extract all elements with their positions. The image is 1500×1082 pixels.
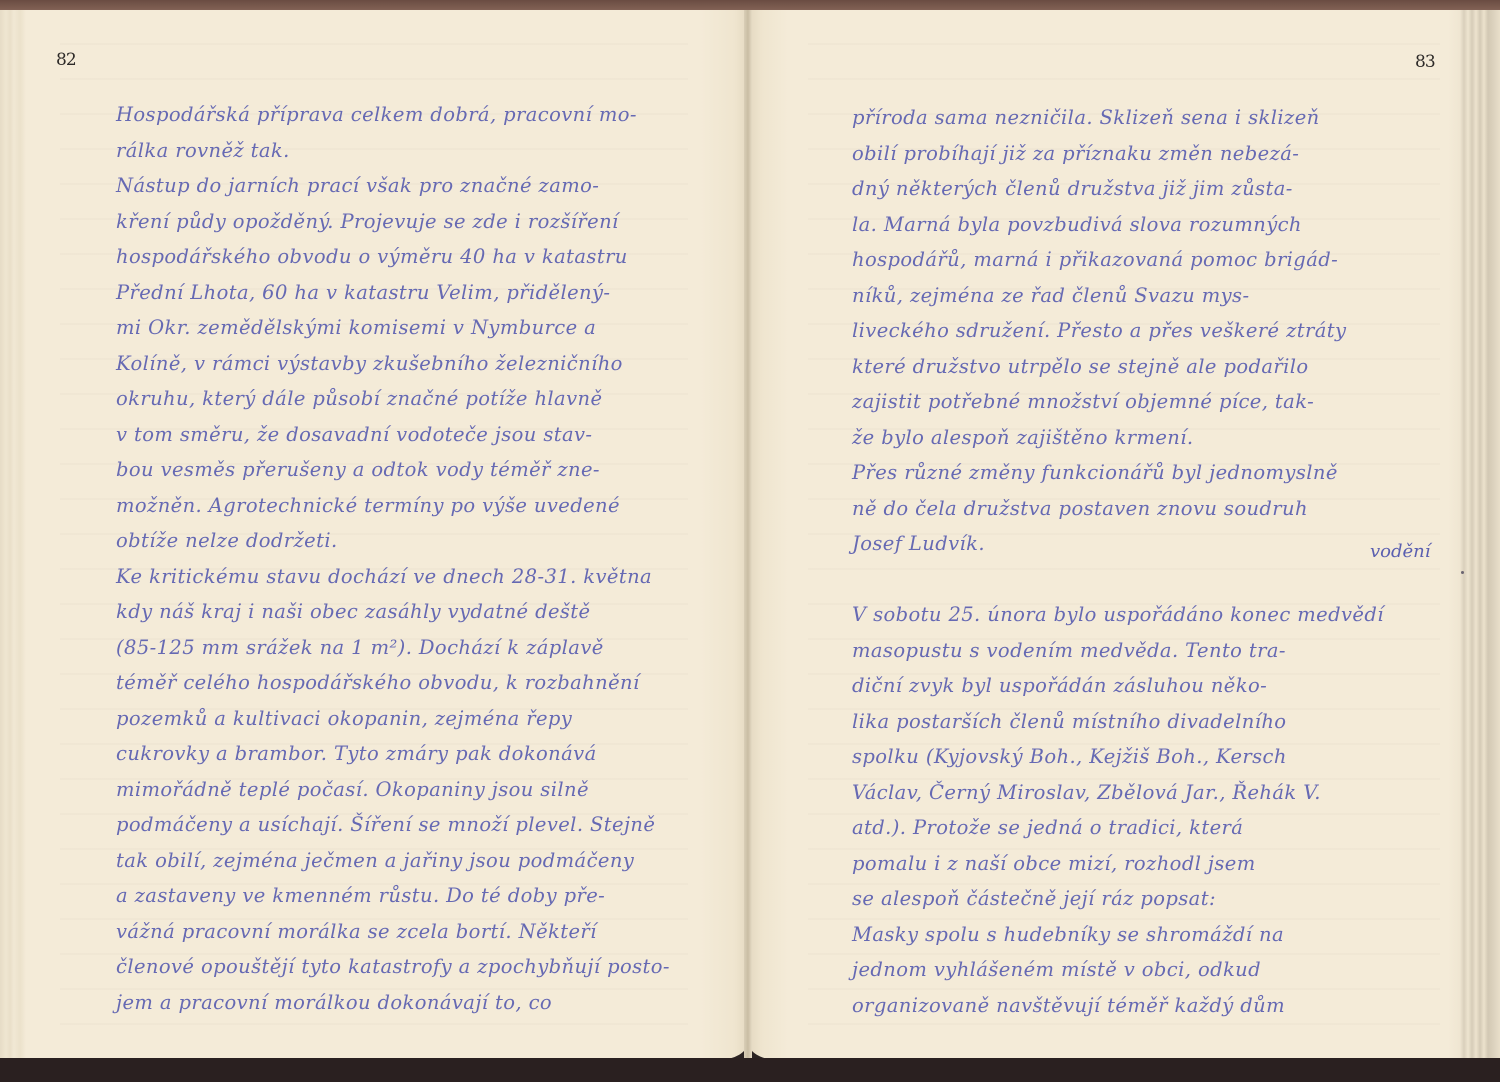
page-number: 83 — [1415, 52, 1435, 72]
text-line: níků, zejména ze řad členů Svazu mys- — [852, 278, 1384, 314]
text-line: Hospodářská příprava celkem dobrá, praco… — [116, 97, 670, 133]
book-gutter — [744, 10, 752, 1070]
text-line: cukrovky a brambor. Tyto zmáry pak dokon… — [116, 736, 670, 772]
text-line: a zastaveny ve kmenném růstu. Do té doby… — [116, 878, 670, 914]
text-line: možněn. Agrotechnické termíny po výše uv… — [116, 488, 670, 524]
text-line: dný některých členů družstva již jim zůs… — [852, 171, 1384, 207]
text-line: lika postarších členů místního divadelní… — [852, 704, 1384, 740]
text-line: že bylo alespoň zajištěno krmení. — [852, 420, 1384, 456]
text-line: příroda sama nezničila. Sklizeň sena i s… — [852, 100, 1384, 136]
text-line: masopustu s vodením medvěda. Tento tra- — [852, 633, 1384, 669]
text-line: hospodářského obvodu o výměru 40 ha v ka… — [116, 239, 670, 275]
text-line: Josef Ludvík. — [852, 526, 1384, 562]
text-line: tak obilí, zejména ječmen a jařiny jsou … — [116, 843, 670, 879]
text-line: ně do čela družstva postaven znovu soudr… — [852, 491, 1384, 527]
text-line: zajistit potřebné množství objemné píce,… — [852, 384, 1384, 420]
text-line: Přední Lhota, 60 ha v katastru Velim, př… — [116, 275, 670, 311]
text-line: la. Marná byla povzbudivá slova rozumnýc… — [852, 207, 1384, 243]
text-line: Nástup do jarních prací však pro značné … — [116, 168, 670, 204]
text-line: pomalu i z naší obce mizí, rozhodl jsem — [852, 846, 1384, 882]
text-line: v tom směru, že dosavadní vodoteče jsou … — [116, 417, 670, 453]
text-line: spolku (Kyjovský Boh., Kejžiš Boh., Kers… — [852, 739, 1384, 775]
text-line: podmáčeny a usíchají. Šíření se množí pl… — [116, 807, 670, 843]
handwritten-text: Hospodářská příprava celkem dobrá, praco… — [116, 97, 670, 1020]
text-line: které družstvo utrpělo se stejně ale pod… — [852, 349, 1384, 385]
paragraph-gap — [852, 562, 1384, 598]
text-line: členové opouštějí tyto katastrofy a zpoc… — [116, 949, 670, 985]
text-line: diční zvyk byl uspořádán zásluhou něko- — [852, 668, 1384, 704]
text-line: obtíže nelze dodržeti. — [116, 523, 670, 559]
text-line: liveckého sdružení. Přesto a přes vešker… — [852, 313, 1384, 349]
text-line: Kolíně, v rámci výstavby zkušebního žele… — [116, 346, 670, 382]
text-line: mi Okr. zemědělskými komisemi v Nymburce… — [116, 310, 670, 346]
text-line: se alespoň částečně její ráz popsat: — [852, 881, 1384, 917]
text-line: téměř celého hospodářského obvodu, k roz… — [116, 665, 670, 701]
right-page: 83 příroda sama nezničila. Sklizeň sena … — [748, 10, 1500, 1060]
text-line: okruhu, který dále působí značné potíže … — [116, 381, 670, 417]
text-line: rálka rovněž tak. — [116, 133, 670, 169]
text-line: atd.). Protože se jedná o tradici, která — [852, 810, 1384, 846]
text-line: Ke kritickému stavu dochází ve dnech 28-… — [116, 559, 670, 595]
text-line: pozemků a kultivaci okopanin, zejména ře… — [116, 701, 670, 737]
handwritten-text: příroda sama nezničila. Sklizeň sena i s… — [852, 100, 1384, 1023]
text-line: V sobotu 25. února bylo uspořádáno konec… — [852, 597, 1384, 633]
text-line: jem a pracovní morálkou dokonávají to, c… — [116, 985, 670, 1021]
text-line: kdy náš kraj i naši obec zasáhly vydatné… — [116, 594, 670, 630]
left-page: 82 Hospodářská příprava celkem dobrá, pr… — [0, 10, 748, 1060]
text-line: hospodářů, marná i přikazovaná pomoc bri… — [852, 242, 1384, 278]
text-line: jednom vyhlášeném místě v obci, odkud — [852, 952, 1384, 988]
text-line: organizovaně navštěvují téměř každý dům — [852, 988, 1384, 1024]
text-line: mimořádně teplé počasí. Okopaniny jsou s… — [116, 772, 670, 808]
open-book-spread: 82 Hospodářská příprava celkem dobrá, pr… — [0, 0, 1500, 1082]
book-bottom-edge — [0, 1058, 1500, 1082]
text-line: Masky spolu s hudebníky se shromáždí na — [852, 917, 1384, 953]
text-line: obilí probíhají již za příznaku změn neb… — [852, 136, 1384, 172]
text-line: (85-125 mm srážek na 1 m²). Dochází k zá… — [116, 630, 670, 666]
text-line: Václav, Černý Miroslav, Zbělová Jar., Ře… — [852, 775, 1384, 811]
text-line: bou vesměs přerušeny a odtok vody téměř … — [116, 452, 670, 488]
text-line: vážná pracovní morálka se zcela bortí. N… — [116, 914, 670, 950]
page-number: 82 — [56, 50, 76, 70]
text-line: kření půdy opožděný. Projevuje se zde i … — [116, 204, 670, 240]
interlinear-insertion: vodění — [1370, 541, 1431, 562]
ink-dot — [1461, 571, 1464, 574]
text-line: Přes různé změny funkcionářů byl jednomy… — [852, 455, 1384, 491]
